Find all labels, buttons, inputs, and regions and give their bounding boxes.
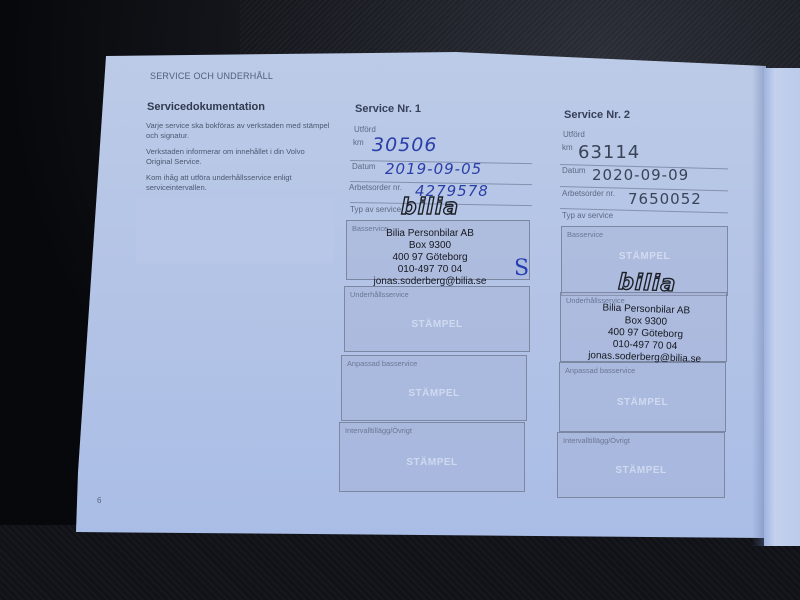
stamp-line: 400 97 Göteborg <box>350 252 510 264</box>
intro-paragraph: Varje service ska bokföras av verkstaden… <box>146 121 331 141</box>
box-label: Underhållsservice <box>350 290 409 299</box>
box-label: Basservice <box>567 230 603 239</box>
intro-paragraph: Verkstaden informerar om innehållet i di… <box>146 147 331 167</box>
stamp-line: Bilia Personbilar AB <box>350 228 510 240</box>
bilia-logo: bilia <box>567 269 728 299</box>
service-2-date-label: Datum <box>562 166 586 175</box>
service-2-km-value: 63114 <box>578 142 640 163</box>
box-label: Anpassad basservice <box>565 366 635 375</box>
service-2-type-label: Typ av service <box>562 211 613 220</box>
service-2-dealer-stamp: bilia Bilia Personbilar AB Box 9300 400 … <box>564 269 727 367</box>
service-1-anpassad-box: Anpassad basservice STÄMPEL <box>341 355 527 421</box>
stamp-placeholder: STÄMPEL <box>342 388 526 399</box>
stamp-placeholder: STÄMPEL <box>345 319 529 330</box>
service-1-underhall-box: Underhållsservice STÄMPEL <box>344 286 530 352</box>
service-1-utford-label: Utförd <box>354 125 376 134</box>
page-number: 6 <box>97 496 101 505</box>
service-1-intervall-box: Intervalltillägg/Övrigt STÄMPEL <box>339 422 525 492</box>
service-2-km-label: km <box>562 143 573 152</box>
service-2-utford-label: Utförd <box>563 130 585 139</box>
service-1-date-value: 2019-09-05 <box>385 160 482 178</box>
running-head: SERVICE OCH UNDERHÅLL <box>150 71 273 81</box>
service-2-date-value: 2020-09-09 <box>592 166 689 184</box>
service-2-work-order-label: Arbetsorder nr. <box>562 189 615 198</box>
next-page-edge <box>764 68 800 546</box>
stamp-placeholder: STÄMPEL <box>558 465 724 476</box>
service-1-km-label: km <box>353 138 364 147</box>
box-label: Intervalltillägg/Övrigt <box>563 436 630 445</box>
service-1-work-order-label: Arbetsorder nr. <box>349 183 402 192</box>
intro-paragraph: Kom ihåg att utföra underhållsservice en… <box>146 173 331 193</box>
service-2-intervall-box: Intervalltillägg/Övrigt STÄMPEL <box>557 432 725 498</box>
service-1-date-label: Datum <box>352 162 376 171</box>
stamp-line: Box 9300 <box>350 240 510 252</box>
service-1-km-value: 30506 <box>372 134 437 156</box>
box-label: Intervalltillägg/Övrigt <box>345 426 412 435</box>
service-1-dealer-stamp: bilia Bilia Personbilar AB Box 9300 400 … <box>350 196 510 288</box>
faded-print-area <box>136 198 334 264</box>
service-2-title: Service Nr. 2 <box>564 109 630 121</box>
stamp-line: jonas.soderberg@bilia.se <box>350 276 510 288</box>
bilia-logo: bilia <box>350 196 510 220</box>
stamp-placeholder: STÄMPEL <box>562 251 727 262</box>
signature: S <box>514 256 529 281</box>
stamp-placeholder: STÄMPEL <box>560 397 725 408</box>
service-1-title: Service Nr. 1 <box>355 103 421 115</box>
stamp-placeholder: STÄMPEL <box>340 457 524 468</box>
service-2-anpassad-box: Anpassad basservice STÄMPEL <box>559 362 726 432</box>
stamp-line: 010-497 70 04 <box>350 264 510 276</box>
section-title: Servicedokumentation <box>147 101 265 113</box>
box-label: Anpassad basservice <box>347 359 417 368</box>
service-2-work-order-value: 7650052 <box>628 190 702 208</box>
